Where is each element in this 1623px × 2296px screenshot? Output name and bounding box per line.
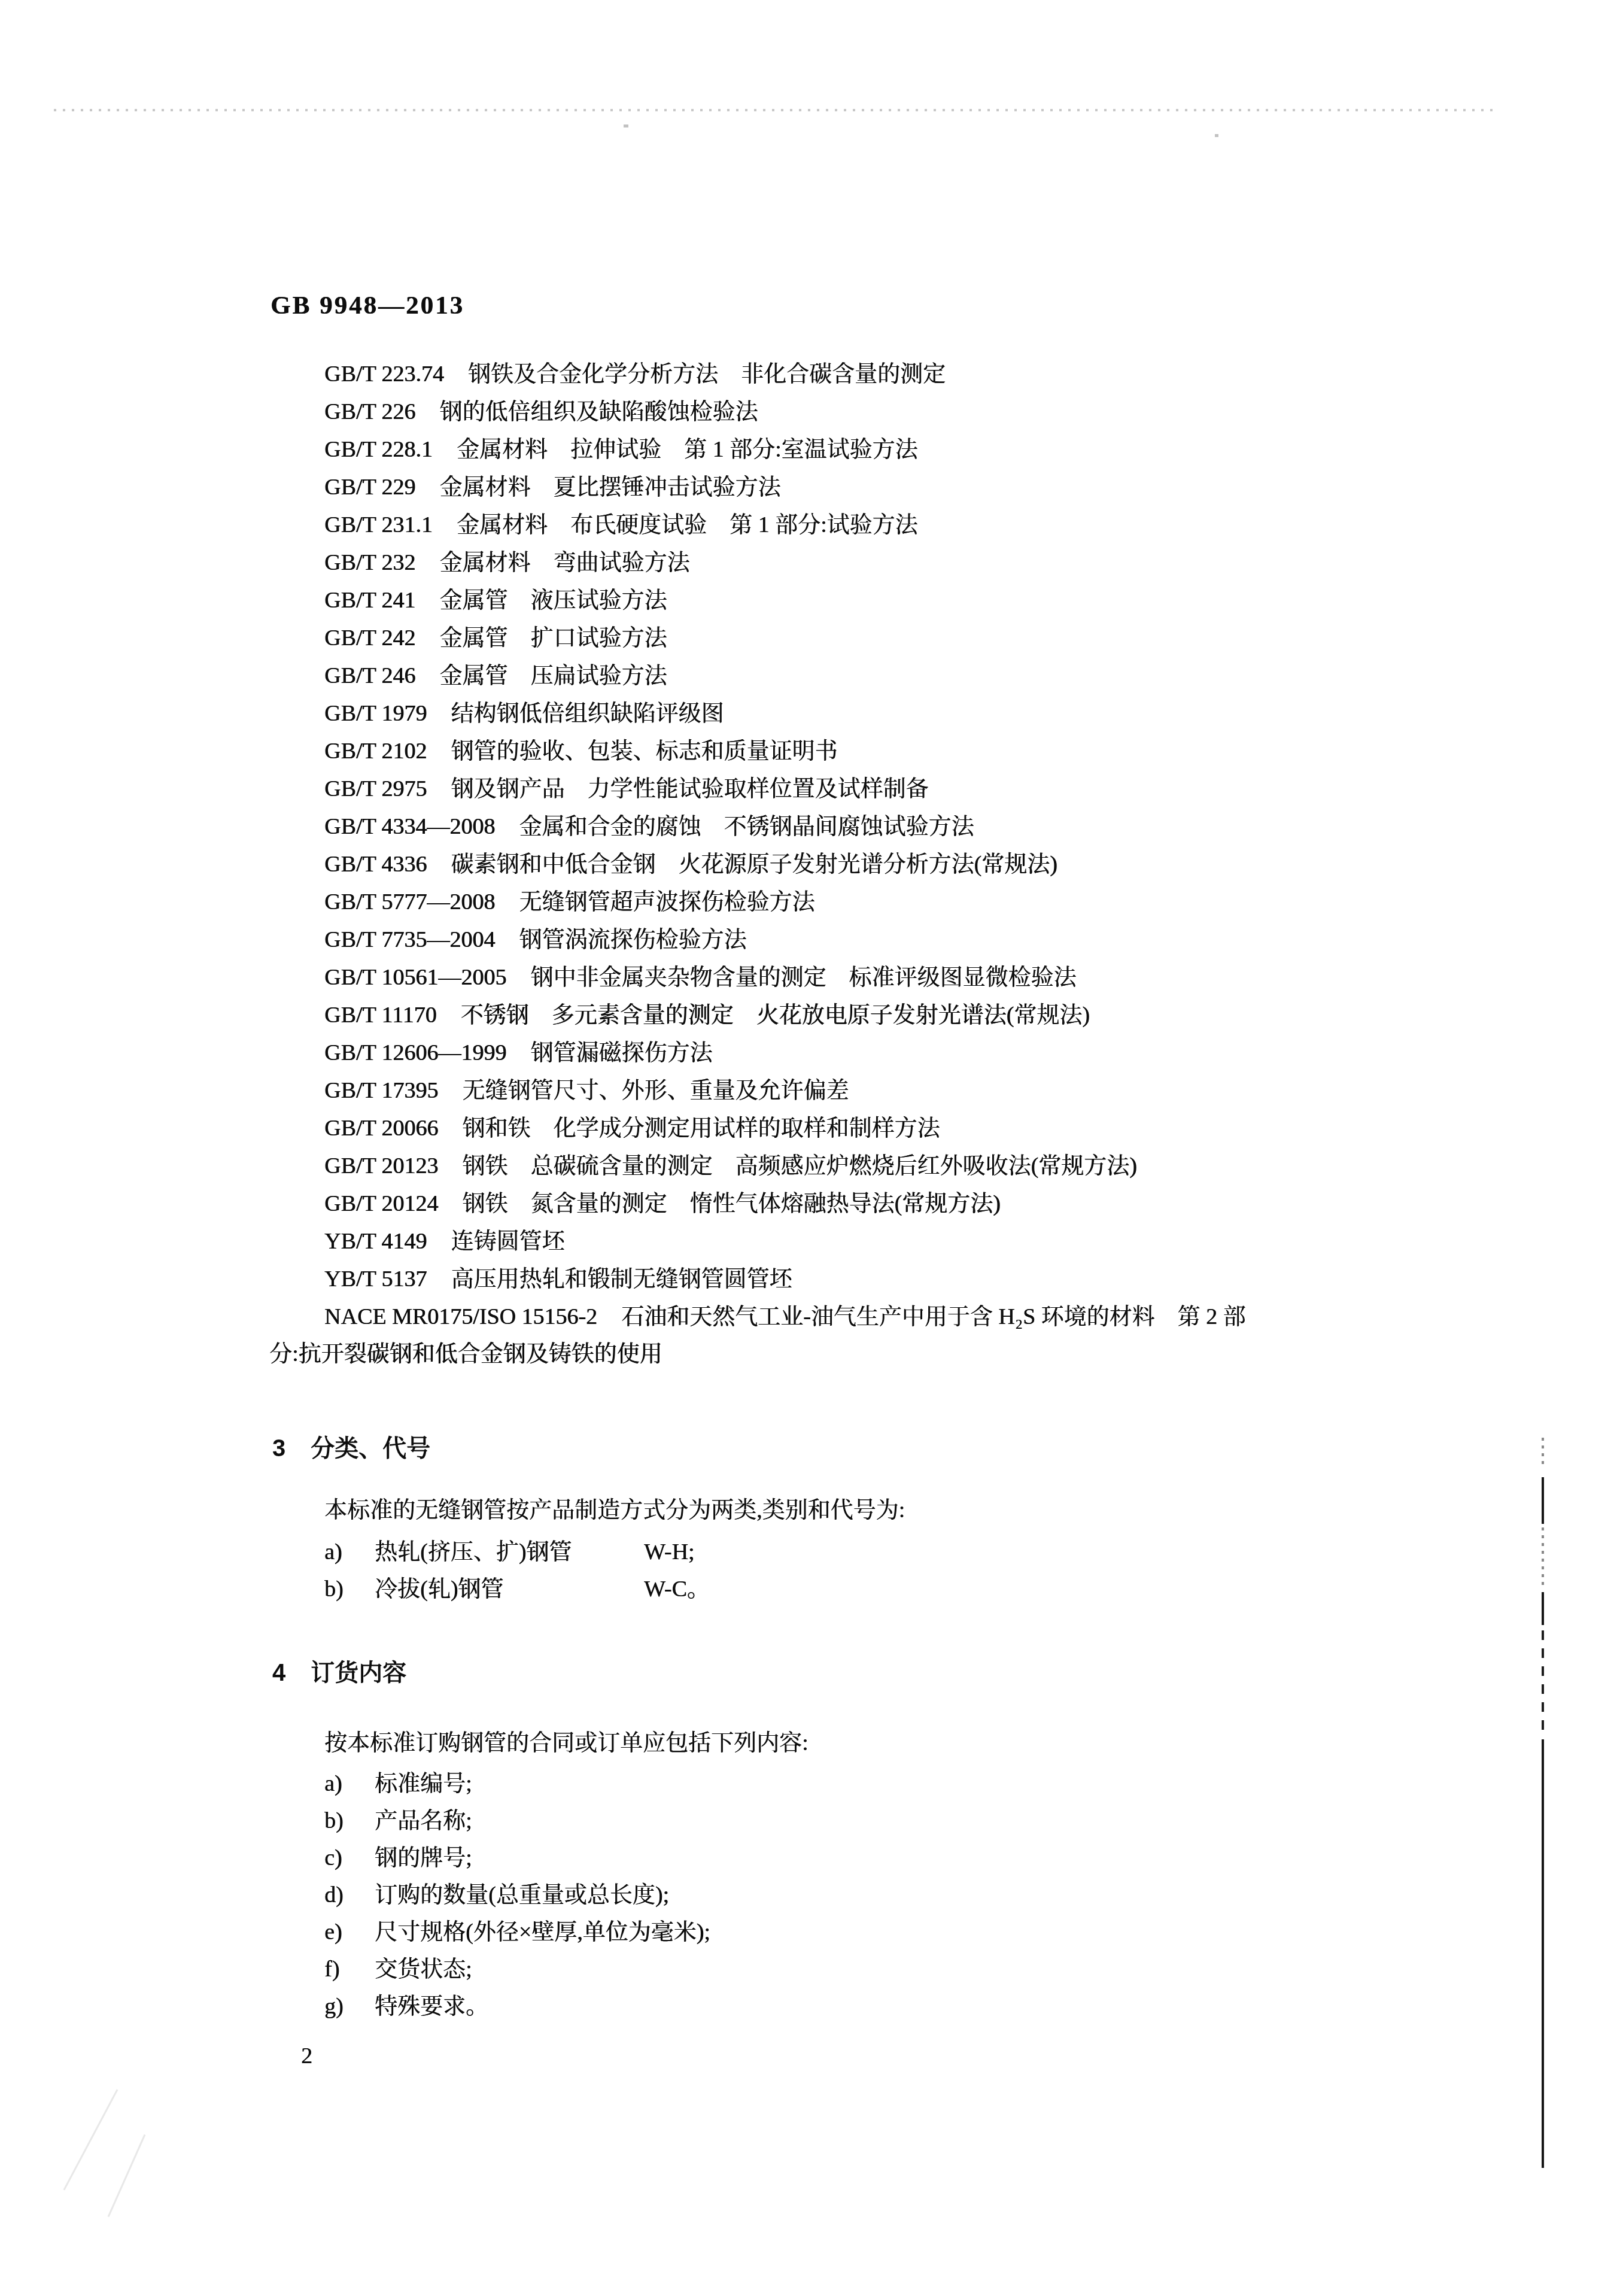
reference-title: 钢管涡流探伤检验方法 (519, 927, 746, 952)
scan-scratch (108, 2134, 146, 2217)
section-3-heading: 3分类、代号 (272, 1429, 430, 1463)
reference-code: GB/T 12606—1999 (324, 1040, 506, 1065)
section-3-title: 分类、代号 (311, 1435, 430, 1462)
reference-line: GB/T 1979结构钢低倍组织缺陷评级图 (324, 695, 1246, 733)
reference-title: 高压用热轧和锻制无缝钢管圆管坯 (451, 1267, 792, 1292)
reference-code: GB/T 231.1 (324, 512, 433, 537)
reference-title: 钢铁 总碳硫含量的测定 高频感应炉燃烧后红外吸收法(常规方法) (462, 1153, 1136, 1179)
references-list: GB/T 223.74钢铁及合金化学分析方法 非化合碳含量的测定GB/T 226… (324, 356, 1246, 1336)
classification-item: b)冷拔(轧)钢管W-C。 (324, 1571, 710, 1608)
reference-line: GB/T 226钢的低倍组织及缺陷酸蚀检验法 (324, 393, 1246, 431)
reference-wrap-line: 分:抗开裂碳钢和低合金钢及铸铁的使用 (269, 1335, 662, 1373)
scan-artifact-vline (1542, 1438, 1544, 1466)
reference-title: 金属管 扩口试验方法 (439, 625, 667, 651)
scan-artifact-vline (1542, 1592, 1544, 1625)
reference-line: GB/T 11170不锈钢 多元素含量的测定 火花放电原子发射光谱法(常规法) (324, 997, 1246, 1034)
reference-title: 不锈钢 多元素含量的测定 火花放电原子发射光谱法(常规法) (461, 1003, 1090, 1028)
item-label: c) (324, 1839, 375, 1876)
item-text: 订购的数量(总重量或总长度); (375, 1882, 669, 1908)
scan-artifact-vline (1542, 1739, 1544, 2168)
reference-line: GB/T 232金属材料 弯曲试验方法 (324, 544, 1246, 582)
item-text: 标准编号; (375, 1771, 472, 1796)
order-content-item: d)订购的数量(总重量或总长度); (324, 1876, 710, 1914)
section-3-number: 3 (272, 1435, 285, 1462)
item-text: 尺寸规格(外径×壁厚,单位为毫米); (375, 1920, 710, 1945)
reference-title: 钢管的验收、包装、标志和质量证明书 (451, 739, 837, 764)
reference-line: GB/T 231.1金属材料 布氏硬度试验 第 1 部分:试验方法 (324, 506, 1246, 544)
reference-title: 无缝钢管超声波探伤检验方法 (519, 889, 814, 915)
reference-title: 金属材料 夏比摆锤冲击试验方法 (439, 475, 780, 500)
reference-title: 连铸圆管坯 (451, 1229, 564, 1254)
reference-code: GB/T 246 (324, 663, 415, 688)
reference-title: 金属材料 拉伸试验 第 1 部分:室温试验方法 (457, 437, 918, 462)
reference-title: 钢中非金属夹杂物含量的测定 标准评级图显微检验法 (530, 965, 1076, 990)
reference-title: 金属管 液压试验方法 (439, 588, 667, 613)
item-code: W-C。 (644, 1577, 710, 1602)
order-content-item: b)产品名称; (324, 1802, 710, 1839)
reference-line: GB/T 10561—2005钢中非金属夹杂物含量的测定 标准评级图显微检验法 (324, 959, 1246, 997)
reference-title: 金属材料 弯曲试验方法 (439, 550, 689, 575)
reference-line: GB/T 246金属管 压扁试验方法 (324, 657, 1246, 695)
reference-code: GB/T 232 (324, 550, 415, 575)
reference-line: GB/T 4334—2008金属和合金的腐蚀 不锈钢晶间腐蚀试验方法 (324, 808, 1246, 846)
reference-line: GB/T 4336碳素钢和中低合金钢 火花源原子发射光谱分析方法(常规法) (324, 846, 1246, 883)
section-3-items: a)热轧(挤压、扩)钢管W-H;b)冷拔(轧)钢管W-C。 (324, 1533, 710, 1608)
scan-artifact-vline (1542, 1630, 1544, 1738)
reference-code: GB/T 20124 (324, 1191, 438, 1216)
reference-code: GB/T 228.1 (324, 437, 433, 462)
reference-title: 金属和合金的腐蚀 不锈钢晶间腐蚀试验方法 (519, 814, 974, 839)
reference-line: GB/T 20123钢铁 总碳硫含量的测定 高频感应炉燃烧后红外吸收法(常规方法… (324, 1147, 1246, 1185)
reference-line: GB/T 223.74钢铁及合金化学分析方法 非化合碳含量的测定 (324, 356, 1246, 393)
reference-title: 钢管漏磁探伤方法 (530, 1040, 712, 1065)
scan-speck (1215, 134, 1218, 137)
item-code: W-H; (644, 1539, 694, 1565)
item-label: f) (324, 1951, 375, 1988)
reference-code: GB/T 5777—2008 (324, 889, 495, 915)
order-content-item: c)钢的牌号; (324, 1839, 710, 1876)
reference-title: 钢铁及合金化学分析方法 非化合碳含量的测定 (468, 362, 946, 387)
item-label: g) (324, 1988, 375, 2025)
reference-line: GB/T 20066钢和铁 化学成分测定用试样的取样和制样方法 (324, 1110, 1246, 1147)
classification-item: a)热轧(挤压、扩)钢管W-H; (324, 1533, 710, 1571)
reference-code: GB/T 20123 (324, 1153, 438, 1179)
scan-artifact-vline (1542, 1527, 1544, 1587)
section-4-title: 订货内容 (311, 1660, 406, 1686)
reference-title: 钢及钢产品 力学性能试验取样位置及试样制备 (451, 776, 928, 801)
reference-line: GB/T 17395无缝钢管尺寸、外形、重量及允许偏差 (324, 1072, 1246, 1110)
reference-line: GB/T 2102钢管的验收、包装、标志和质量证明书 (324, 733, 1246, 770)
reference-title: 石油和天然气工业-油气生产中用于含 H₂S 环境的材料 第 2 部 (621, 1304, 1245, 1329)
reference-code: GB/T 17395 (324, 1078, 438, 1103)
reference-line: GB/T 20124钢铁 氮含量的测定 惰性气体熔融热导法(常规方法) (324, 1185, 1246, 1223)
reference-code: GB/T 7735—2004 (324, 927, 495, 952)
reference-title: 钢和铁 化学成分测定用试样的取样和制样方法 (462, 1116, 940, 1141)
scan-artifact-vline (1542, 1477, 1544, 1524)
order-content-item: f)交货状态; (324, 1951, 710, 1988)
item-text: 交货状态; (375, 1957, 472, 1982)
item-label: a) (324, 1533, 375, 1571)
reference-line: GB/T 229金属材料 夏比摆锤冲击试验方法 (324, 469, 1246, 506)
reference-title: 金属管 压扁试验方法 (439, 663, 667, 688)
order-content-item: e)尺寸规格(外径×壁厚,单位为毫米); (324, 1914, 710, 1951)
scan-speck (624, 124, 628, 127)
reference-code: GB/T 4336 (324, 852, 427, 877)
reference-code: GB/T 20066 (324, 1116, 438, 1141)
item-label: d) (324, 1876, 375, 1914)
reference-code: GB/T 4334—2008 (324, 814, 495, 839)
reference-code: YB/T 4149 (324, 1229, 427, 1254)
reference-title: 金属材料 布氏硬度试验 第 1 部分:试验方法 (457, 512, 918, 537)
item-text: 钢的牌号; (375, 1845, 472, 1870)
item-label: b) (324, 1571, 375, 1608)
reference-title: 结构钢低倍组织缺陷评级图 (451, 701, 724, 726)
reference-title: 钢的低倍组织及缺陷酸蚀检验法 (439, 399, 758, 424)
reference-line: GB/T 242金属管 扩口试验方法 (324, 619, 1246, 657)
page-number: 2 (301, 2043, 312, 2069)
document-page: GB 9948—2013 GB/T 223.74钢铁及合金化学分析方法 非化合碳… (0, 0, 1623, 2296)
section-4-number: 4 (272, 1660, 285, 1687)
doc-code-header: GB 9948—2013 (270, 291, 464, 320)
item-label: b) (324, 1802, 375, 1839)
item-text: 冷拔(轧)钢管 (375, 1571, 644, 1608)
item-label: a) (324, 1765, 375, 1802)
scan-noise-line (54, 109, 1496, 111)
item-text: 产品名称; (375, 1808, 472, 1833)
reference-code: GB/T 2975 (324, 776, 427, 801)
item-text: 特殊要求。 (375, 1994, 488, 2019)
item-text: 热轧(挤压、扩)钢管 (375, 1533, 644, 1571)
section-4-intro: 按本标准订购钢管的合同或订单应包括下列内容: (324, 1730, 809, 1756)
section-4-heading: 4订货内容 (272, 1654, 406, 1688)
order-content-item: g)特殊要求。 (324, 1988, 710, 2025)
reference-title: 钢铁 氮含量的测定 惰性气体熔融热导法(常规方法) (462, 1191, 1000, 1216)
scan-scratch (63, 2089, 118, 2190)
reference-code: GB/T 226 (324, 399, 415, 424)
order-content-item: a)标准编号; (324, 1765, 710, 1802)
reference-title: 无缝钢管尺寸、外形、重量及允许偏差 (462, 1078, 849, 1103)
reference-line: GB/T 12606—1999钢管漏磁探伤方法 (324, 1034, 1246, 1072)
reference-code: GB/T 223.74 (324, 362, 444, 387)
reference-code: GB/T 11170 (324, 1003, 437, 1028)
reference-line: GB/T 228.1金属材料 拉伸试验 第 1 部分:室温试验方法 (324, 431, 1246, 469)
reference-code: GB/T 229 (324, 475, 415, 500)
reference-code: NACE MR0175/ISO 15156-2 (324, 1304, 597, 1329)
reference-code: GB/T 10561—2005 (324, 965, 506, 990)
item-label: e) (324, 1914, 375, 1951)
section-4-items: a)标准编号;b)产品名称;c)钢的牌号;d)订购的数量(总重量或总长度);e)… (324, 1765, 710, 2025)
reference-code: GB/T 241 (324, 588, 415, 613)
reference-line: GB/T 5777—2008无缝钢管超声波探伤检验方法 (324, 883, 1246, 921)
reference-line: GB/T 2975钢及钢产品 力学性能试验取样位置及试样制备 (324, 770, 1246, 808)
reference-code: GB/T 2102 (324, 739, 427, 764)
reference-code: GB/T 242 (324, 625, 415, 651)
reference-line: NACE MR0175/ISO 15156-2石油和天然气工业-油气生产中用于含… (324, 1298, 1246, 1336)
reference-title: 碳素钢和中低合金钢 火花源原子发射光谱分析方法(常规法) (451, 852, 1057, 877)
reference-code: GB/T 1979 (324, 701, 427, 726)
reference-line: YB/T 5137高压用热轧和锻制无缝钢管圆管坯 (324, 1261, 1246, 1298)
reference-line: YB/T 4149连铸圆管坯 (324, 1223, 1246, 1261)
reference-line: GB/T 7735—2004钢管涡流探伤检验方法 (324, 921, 1246, 959)
reference-line: GB/T 241金属管 液压试验方法 (324, 582, 1246, 619)
section-3-intro: 本标准的无缝钢管按产品制造方式分为两类,类别和代号为: (324, 1497, 905, 1523)
reference-code: YB/T 5137 (324, 1267, 427, 1292)
